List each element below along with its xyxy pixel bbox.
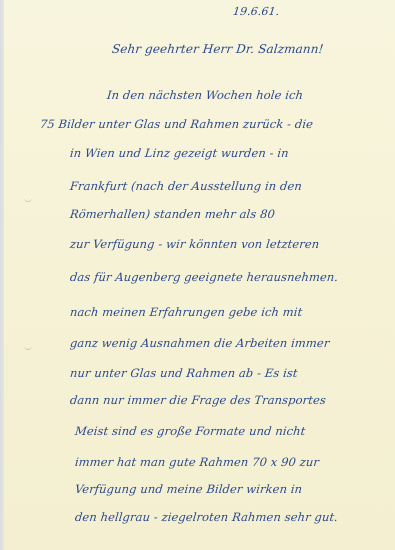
letter-line: nach meinen Erfahrungen gebe ich mit — [69, 305, 303, 319]
letter-line: das für Augenberg geeignete herausnehmen… — [69, 270, 339, 284]
letter-salutation: Sehr geehrter Herr Dr. Salzmann! — [111, 42, 324, 56]
letter-date: 19.6.61. — [232, 5, 280, 18]
letter-line: immer hat man gute Rahmen 70 x 90 zur — [74, 455, 319, 469]
letter-line: 75 Bilder unter Glas und Rahmen zurück -… — [39, 117, 314, 131]
letter-line: Meist sind es große Formate und nicht — [74, 424, 306, 438]
letter-line: nur unter Glas und Rahmen ab - Es ist — [69, 366, 298, 380]
letter-line: Verfügung und meine Bilder wirken in — [74, 482, 303, 496]
letter-line: in Wien und Linz gezeigt wurden - in — [69, 146, 289, 160]
letter-line: zur Verfügung - wir könnten von letztere… — [69, 237, 320, 251]
letter-line: Frankfurt (nach der Ausstellung in den — [69, 179, 302, 193]
page-edge — [0, 0, 4, 550]
letter-line: den hellgrau - ziegelroten Rahmen sehr g… — [74, 510, 338, 524]
letter-line: In den nächsten Wochen hole ich — [106, 88, 304, 102]
letter-line: Römerhallen) standen mehr als 80 — [69, 207, 275, 221]
letter-line: dann nur immer die Frage des Transportes — [69, 393, 326, 407]
letter-line: ganz wenig Ausnahmen die Arbeiten immer — [69, 336, 330, 350]
